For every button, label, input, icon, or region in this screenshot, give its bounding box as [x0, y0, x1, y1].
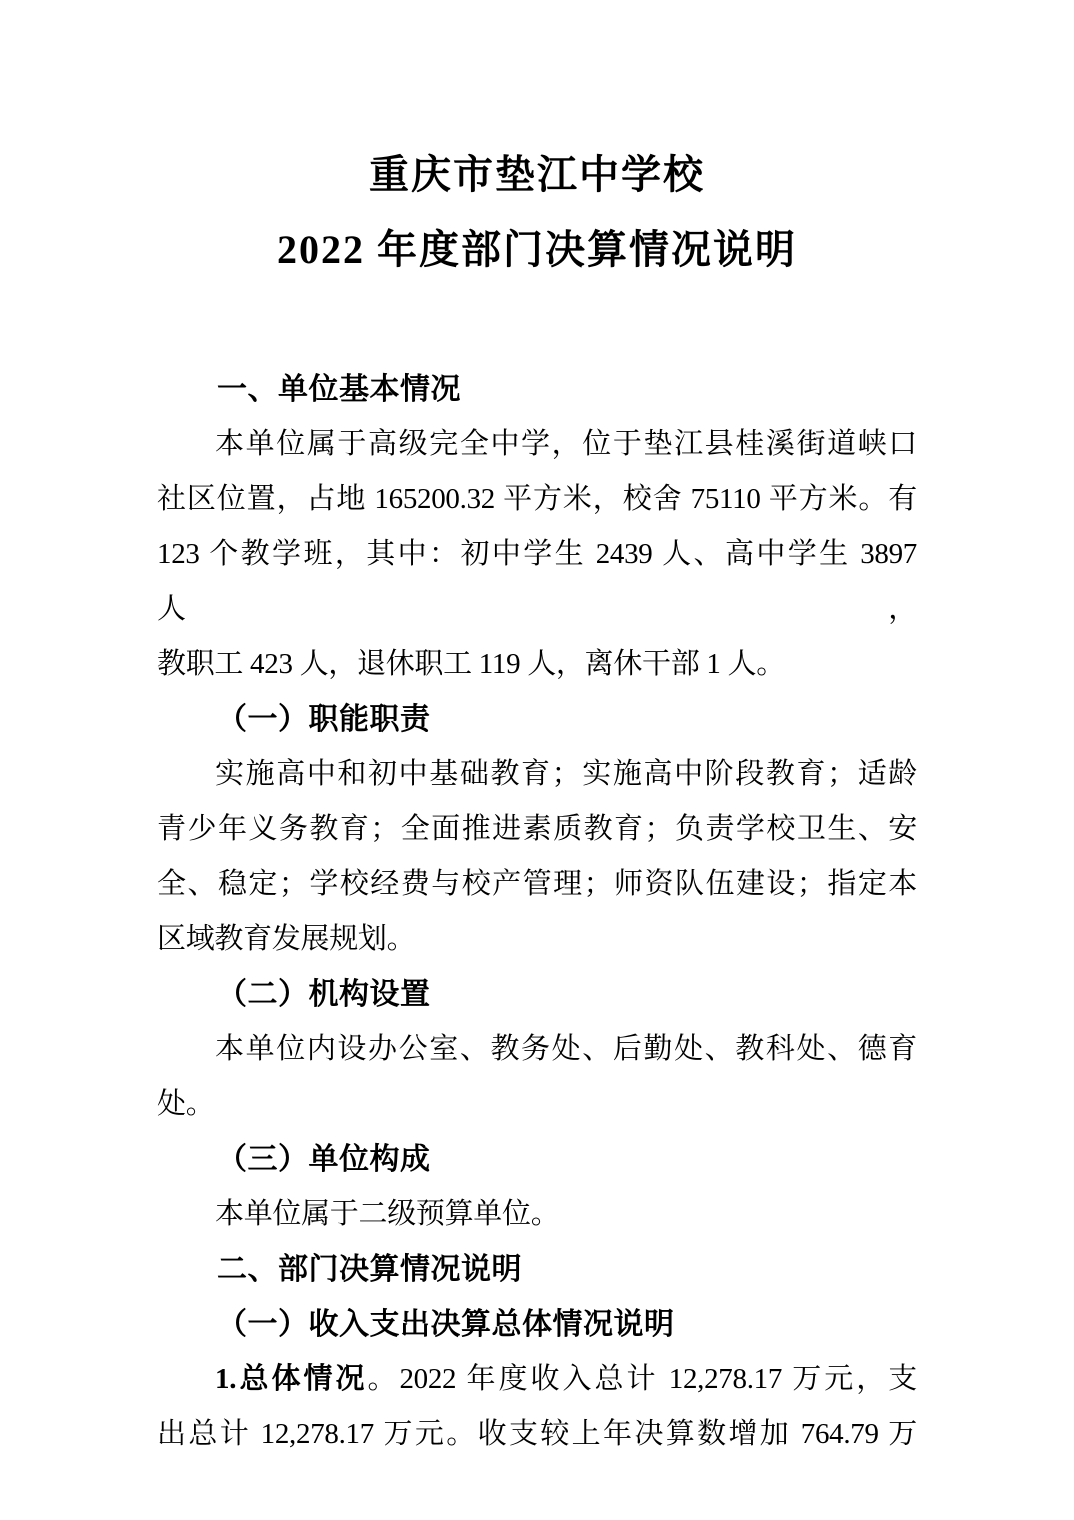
body-line: 教职工 423 人，退休职工 119 人，离休干部 1 人。 — [157, 637, 917, 692]
document-title-block: 重庆市垫江中学校 2022 年度部门决算情况说明 — [157, 137, 917, 287]
body-line: 青少年义务教育；全面推进素质教育；负责学校卫生、安 — [157, 802, 917, 857]
body-line: 全、稳定；学校经费与校产管理；师资队伍建设；指定本 — [157, 857, 917, 912]
heading2-line: （一）收入支出决算总体情况说明 — [157, 1297, 917, 1352]
bold-run: 1.总体情况 — [215, 1363, 367, 1395]
document-body: 一、单位基本情况本单位属于高级完全中学，位于垫江县桂溪街道峡口社区位置，占地 1… — [157, 362, 917, 1462]
body-line: 出总计 12,278.17 万元。收支较上年决算数增加 764.79 万 — [157, 1407, 917, 1462]
body-line: 实施高中和初中基础教育；实施高中阶段教育；适龄 — [157, 747, 917, 802]
document-title-line-1: 重庆市垫江中学校 — [157, 137, 917, 212]
body-line: 处。 — [157, 1077, 917, 1132]
heading2-line: （一）职能职责 — [157, 692, 917, 747]
heading2-line: （三）单位构成 — [157, 1132, 917, 1187]
heading1-line: 二、部门决算情况说明 — [157, 1242, 917, 1297]
document-page: 重庆市垫江中学校 2022 年度部门决算情况说明 一、单位基本情况本单位属于高级… — [0, 0, 1074, 1520]
heading1-line: 一、单位基本情况 — [157, 362, 917, 417]
body-line: 123 个教学班，其中：初中学生 2439 人、高中学生 3897 人， — [157, 527, 917, 637]
body-line: 区域教育发展规划。 — [157, 912, 917, 967]
body-line: 本单位内设办公室、教务处、后勤处、教科处、德育 — [157, 1022, 917, 1077]
document-title-line-2: 2022 年度部门决算情况说明 — [157, 212, 917, 287]
heading2-line: （二）机构设置 — [157, 967, 917, 1022]
body-line: 本单位属于高级完全中学，位于垫江县桂溪街道峡口 — [157, 417, 917, 472]
body-line: 社区位置，占地 165200.32 平方米，校舍 75110 平方米。有 — [157, 472, 917, 527]
body-line: 1.总体情况。2022 年度收入总计 12,278.17 万元，支 — [157, 1352, 917, 1407]
text-run: 。2022 年度收入总计 12,278.17 万元，支 — [367, 1363, 917, 1395]
body-line: 本单位属于二级预算单位。 — [157, 1187, 917, 1242]
